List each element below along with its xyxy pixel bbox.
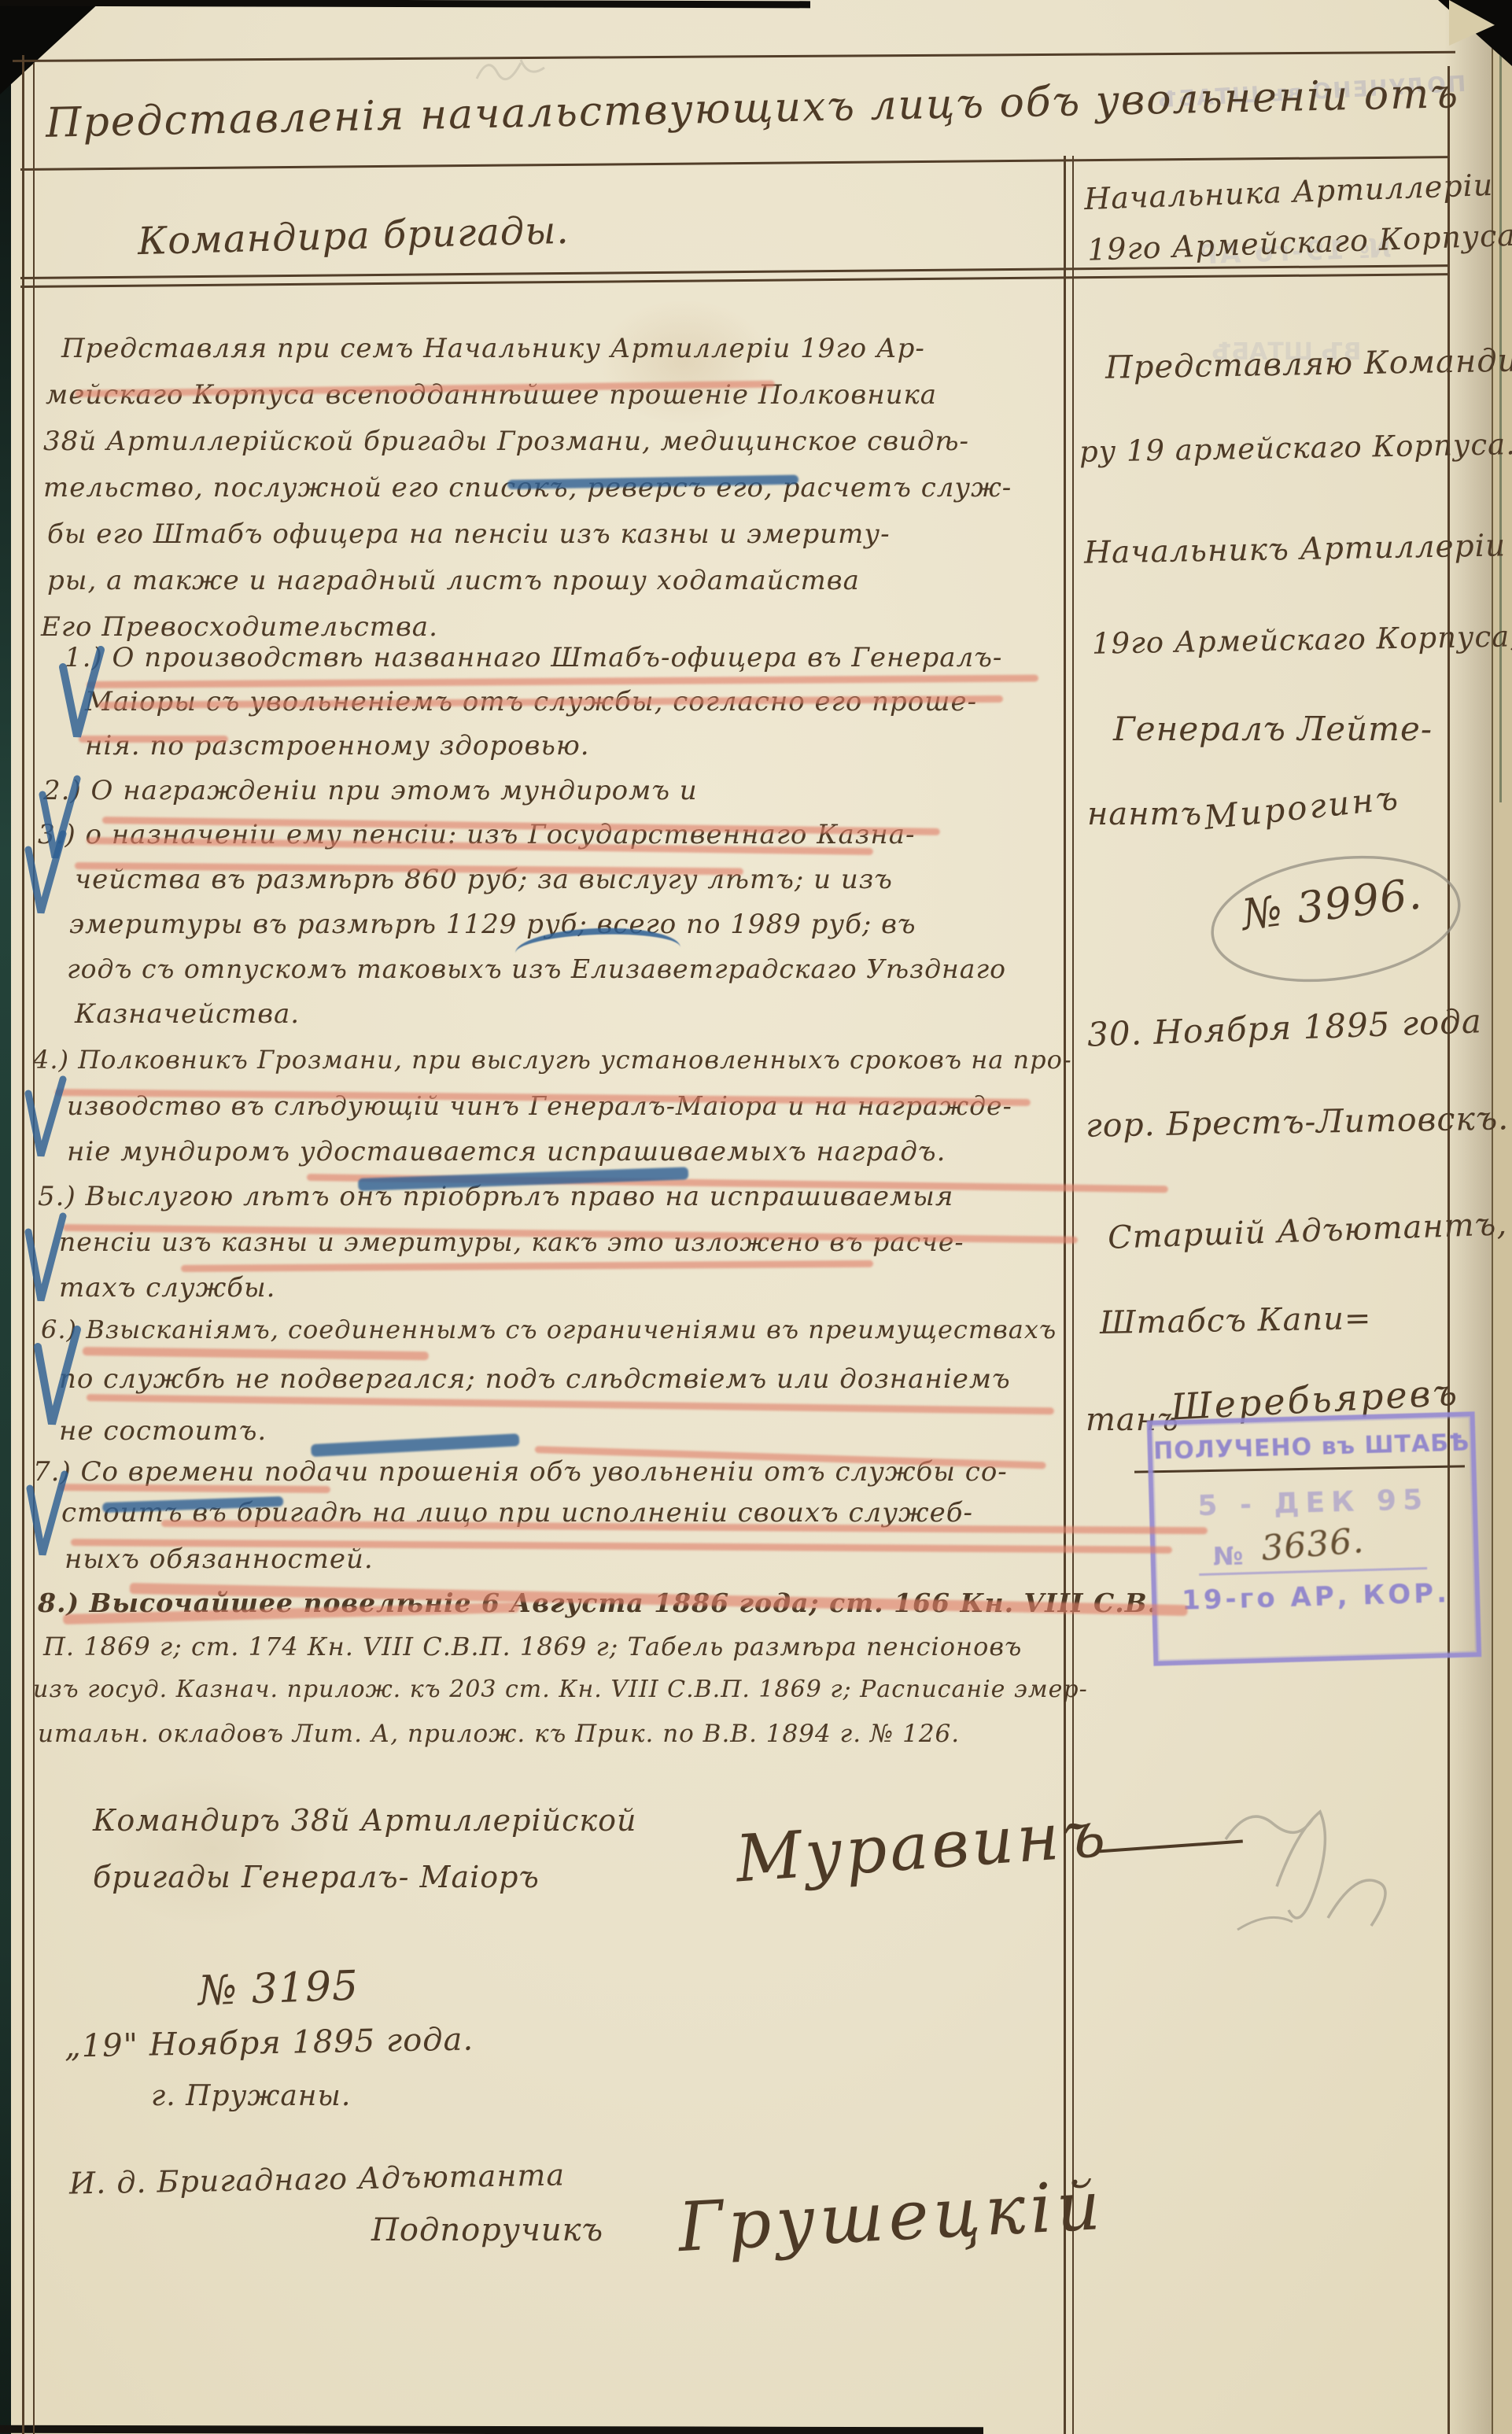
pencil-scribbles bbox=[1202, 1784, 1470, 1981]
right-line: Представляю Команди- bbox=[1105, 342, 1512, 385]
body-line: не состоитъ. bbox=[59, 1415, 267, 1447]
right-line: Начальникъ Артиллеріи bbox=[1084, 528, 1506, 570]
body-line: нія. по разстроенному здоровью. bbox=[85, 730, 590, 762]
body-line: ныхъ обязанностей. bbox=[65, 1543, 374, 1575]
body-line: П. 1869 г; ст. 174 Кн. VIII С.В.П. 1869 … bbox=[43, 1632, 1022, 1661]
stamp-corps: 19-го АР, КОР. bbox=[1156, 1577, 1476, 1617]
body-line: 6.) Взысканіямъ, соединеннымъ съ огранич… bbox=[41, 1315, 1057, 1344]
commander-title-line2: бригады Генералъ- Маіоръ bbox=[93, 1860, 540, 1894]
stamp-corner bbox=[1153, 1641, 1178, 1666]
staff-adjutant-line2: Штабсъ Капи= bbox=[1100, 1300, 1372, 1341]
body-line: 4.) Полковникъ Грозмани, при выслугѣ уст… bbox=[33, 1045, 1072, 1075]
body-line: 2.) О награжденіи при этомъ мундиромъ и bbox=[43, 775, 698, 806]
received-stamp: ПОЛУЧЕНО въ ШТАБѢ 5 - ДЕК 95 № 3636. 19-… bbox=[1147, 1411, 1482, 1666]
body-line: 38й Артиллерійской бригады Грозмани, мед… bbox=[43, 426, 969, 457]
bottom-edge-shadow bbox=[0, 2425, 983, 2434]
margin-checkmark bbox=[57, 644, 107, 746]
document-scan: ПОЛУЧЕНО въ ШТАБѢ № 19-го АР ВЪ ШТАБѢ Пр… bbox=[0, 0, 1512, 2434]
stamp-corner bbox=[1456, 1632, 1481, 1658]
body-line: Представляя при семъ Начальнику Артиллер… bbox=[61, 333, 925, 364]
right-line: нантъ bbox=[1087, 796, 1202, 832]
body-line: Казначейства. bbox=[75, 998, 300, 1030]
column-divider-outer bbox=[1064, 156, 1066, 2434]
page-edge-line bbox=[1499, 31, 1502, 802]
pencil-note bbox=[469, 44, 563, 94]
body-line: изъ госуд. Казнач. прилож. къ 203 ст. Кн… bbox=[33, 1676, 1088, 1703]
margin-checkmark bbox=[24, 1210, 68, 1308]
body-line: бы его Штабъ офицера на пенсіи изъ казны… bbox=[47, 518, 891, 550]
right-line: Генералъ Лейте- bbox=[1113, 710, 1433, 748]
outgoing-number: № 3195 bbox=[197, 1962, 360, 2015]
outgoing-date: „19" Ноября 1895 года. bbox=[65, 2021, 474, 2064]
body-line: ніе мундиромъ удостаивается испрашиваемы… bbox=[67, 1136, 946, 1167]
body-line: итальн. окладовъ Лит. А, прилож. къ Прик… bbox=[38, 1720, 960, 1748]
incoming-place: гор. Брестъ-Литовскъ. bbox=[1086, 1099, 1510, 1144]
body-line: Его Превосходительства. bbox=[41, 611, 438, 643]
body-line: эмеритуры въ размѣрѣ 1129 руб; всего по … bbox=[69, 909, 916, 940]
body-line: 1.) О производствѣ названнаго Штабъ-офиц… bbox=[65, 642, 1002, 673]
body-line: тахъ службы. bbox=[59, 1272, 275, 1304]
adjutant-rank: Подпоручикъ bbox=[371, 2212, 603, 2248]
margin-checkmark bbox=[24, 826, 68, 920]
margin-checkmark bbox=[31, 1323, 82, 1433]
margin-checkmark bbox=[24, 1468, 71, 1562]
body-line: ры, а также и наградный листъ прошу хода… bbox=[47, 565, 860, 596]
stamp-header: ПОЛУЧЕНО въ ШТАБѢ bbox=[1152, 1429, 1471, 1465]
outgoing-place: г. Пружаны. bbox=[151, 2080, 351, 2112]
margin-checkmark bbox=[24, 1073, 68, 1164]
right-border bbox=[1447, 66, 1450, 2434]
commander-title-line1: Командиръ 38й Артиллерійской bbox=[93, 1803, 636, 1838]
stamp-date: 5 - ДЕК 95 bbox=[1153, 1482, 1473, 1523]
column-divider-inner bbox=[1072, 156, 1074, 2434]
stamp-number-handwritten: 3636. bbox=[1259, 1521, 1366, 1569]
body-line: по службѣ не подвергался; подъ слѣдствіе… bbox=[59, 1363, 1011, 1395]
